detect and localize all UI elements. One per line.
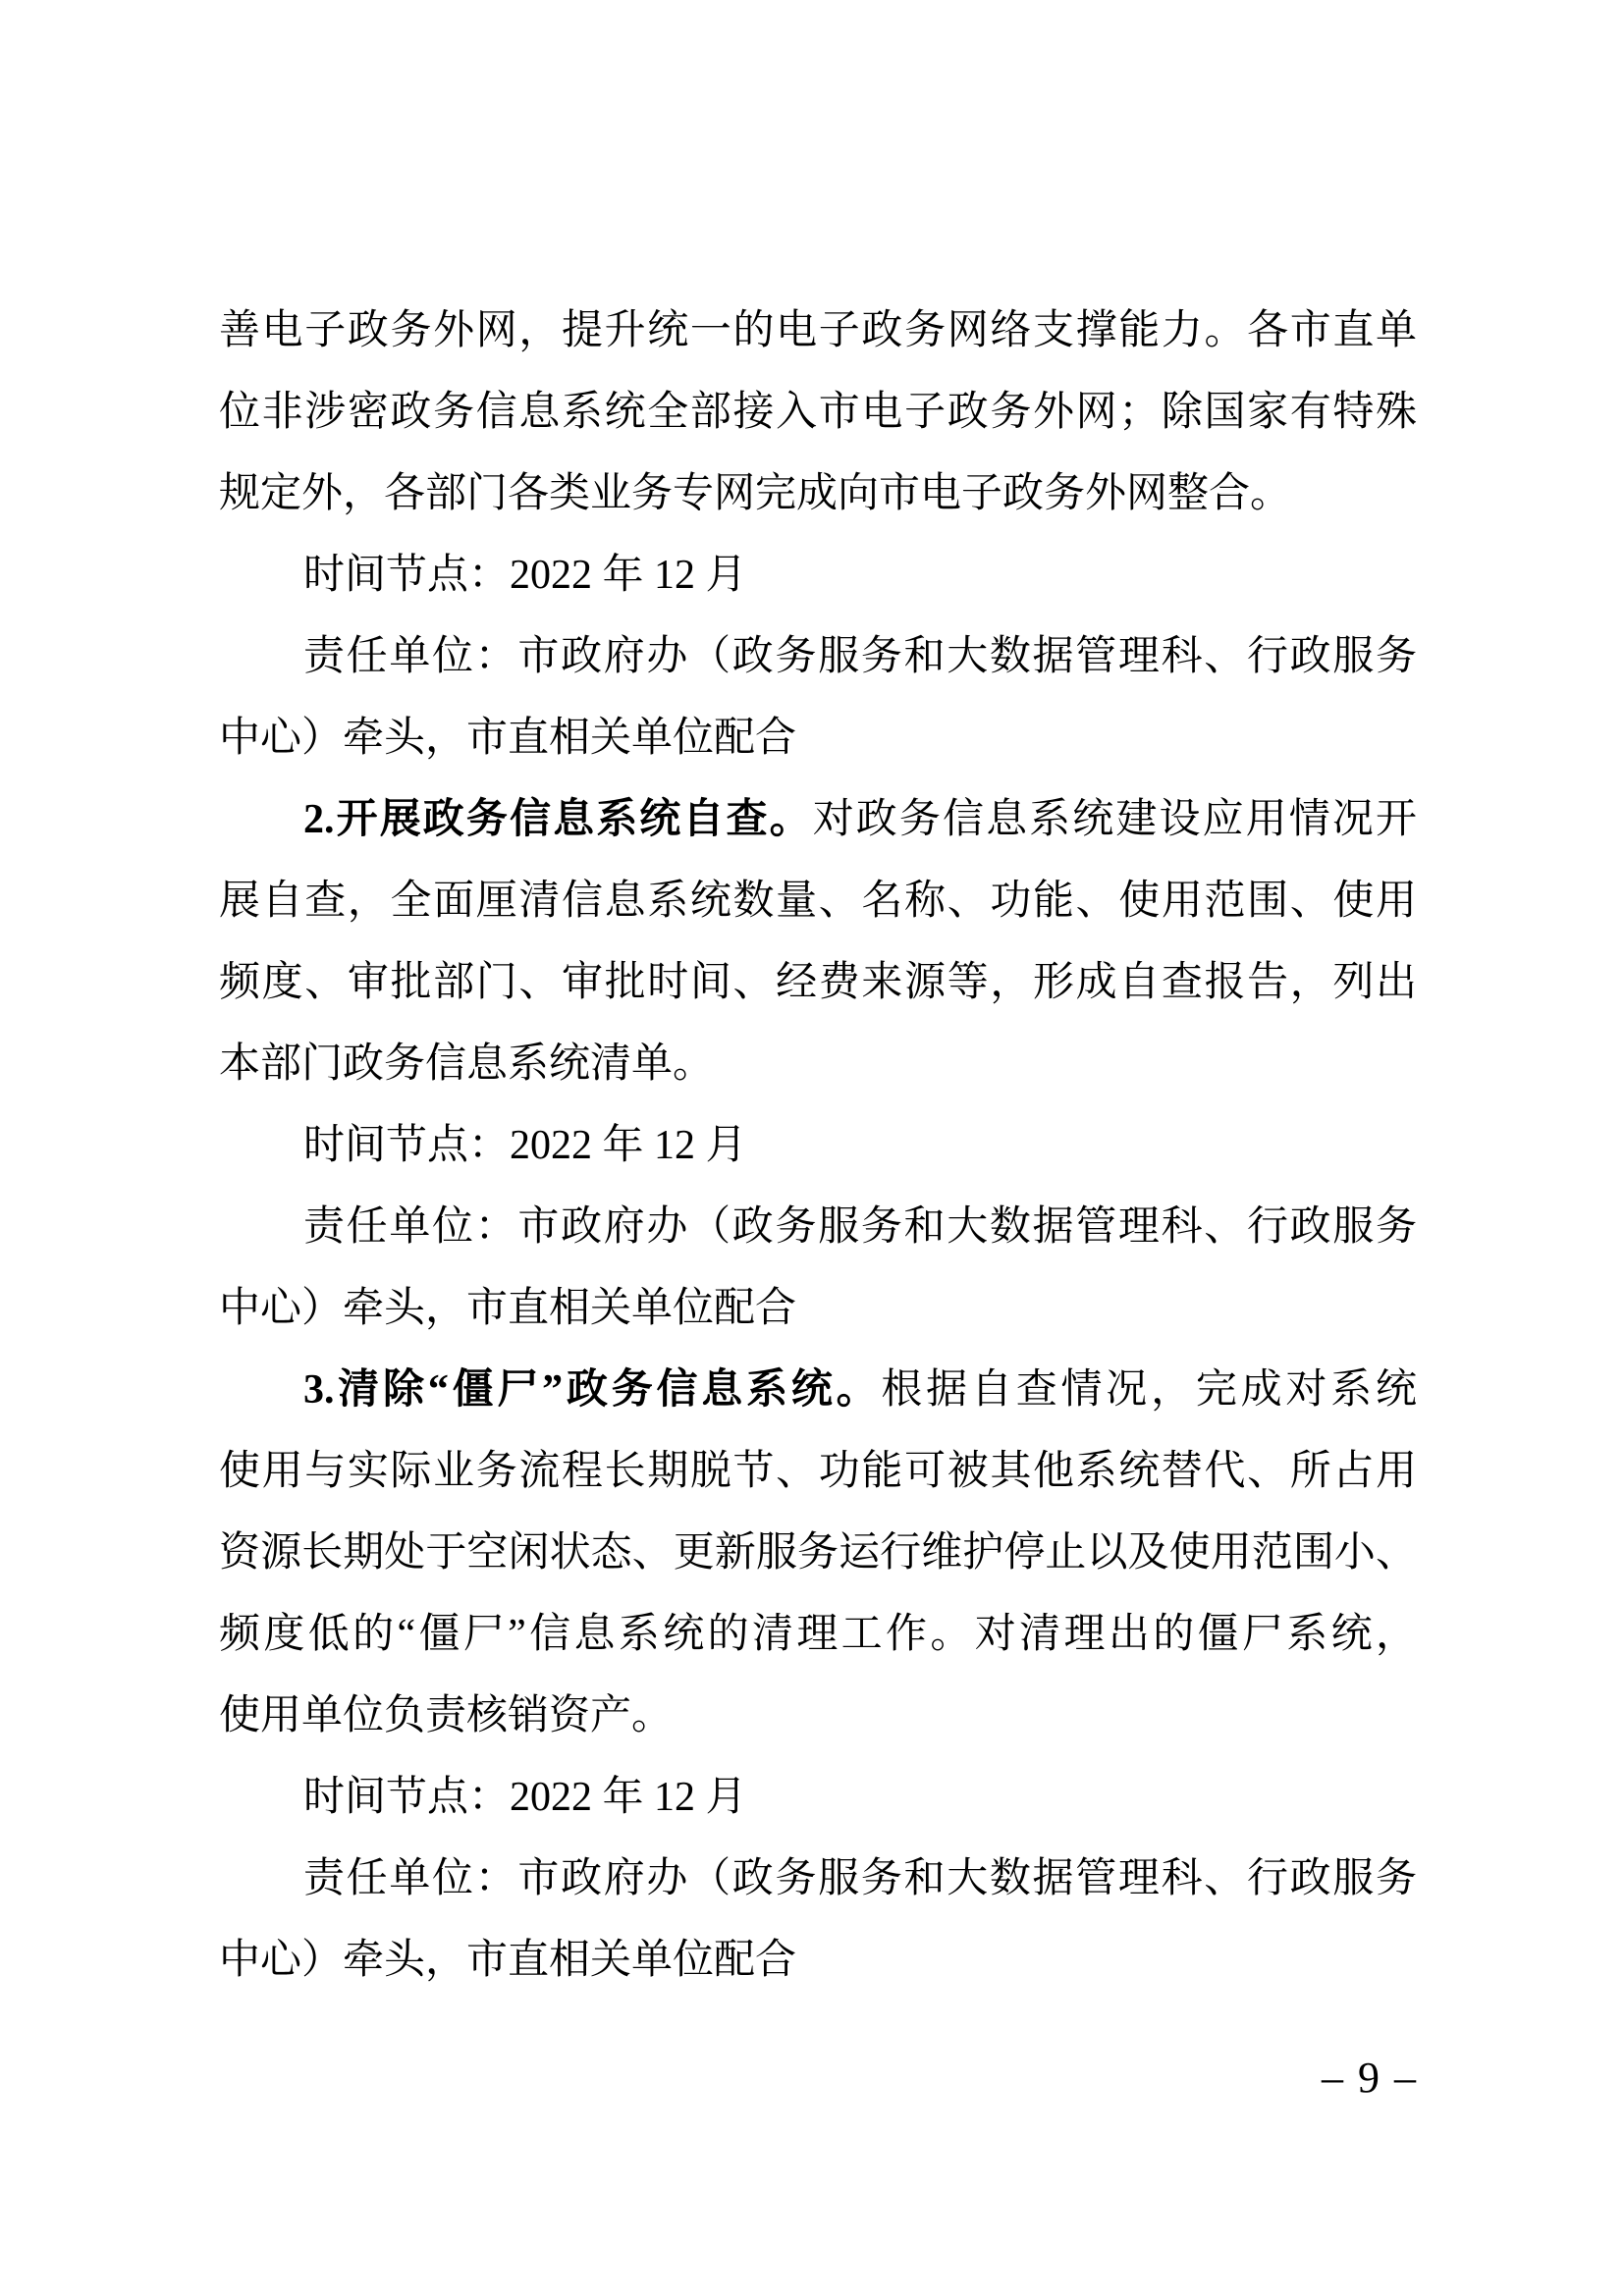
document-body: 善电子政务外网，提升统一的电子政务网络支撑能力。各市直单位非涉密政务信息系统全部… (219, 291, 1417, 2002)
text-run: 中心）牵头，市直相关单位配合 (219, 716, 796, 761)
bold-run: 3.清除“僵尸”政务信息系统。 (303, 1367, 881, 1413)
text-line: 资源长期处于空闲状态、更新服务运行维护停止以及使用范围小、 (219, 1513, 1417, 1594)
text-line: 时间节点：2022 年 12 月 (219, 535, 1417, 616)
text-line: 时间节点：2022 年 12 月 (219, 1105, 1417, 1187)
text-line: 展自查，全面厘清信息系统数量、名称、功能、使用范围、使用 (219, 861, 1417, 942)
text-run: 对政务信息系统建设应用情况开 (813, 797, 1417, 842)
text-run: 责任单位：市政府办（政务服务和大数据管理科、行政服务 (303, 1204, 1417, 1250)
text-run: 中心）牵头，市直相关单位配合 (219, 1938, 796, 1983)
text-run: 责任单位：市政府办（政务服务和大数据管理科、行政服务 (303, 1856, 1417, 1901)
text-run: 位非涉密政务信息系统全部接入市电子政务外网；除国家有特殊 (219, 390, 1417, 435)
bold-run: 2.开展政务信息系统自查。 (303, 797, 813, 842)
text-run: 根据自查情况，完成对系统 (881, 1367, 1417, 1413)
page-number: – 9 – (1322, 2056, 1418, 2100)
text-run: 展自查，全面厘清信息系统数量、名称、功能、使用范围、使用 (219, 879, 1417, 924)
text-line: 使用与实际业务流程长期脱节、功能可被其他系统替代、所占用 (219, 1431, 1417, 1513)
text-line: 位非涉密政务信息系统全部接入市电子政务外网；除国家有特殊 (219, 372, 1417, 454)
text-line: 本部门政务信息系统清单。 (219, 1024, 1417, 1105)
text-line: 使用单位负责核销资产。 (219, 1676, 1417, 1757)
text-line: 3.清除“僵尸”政务信息系统。根据自查情况，完成对系统 (219, 1350, 1417, 1431)
text-run: 本部门政务信息系统清单。 (219, 1041, 714, 1087)
text-run: 时间节点：2022 年 12 月 (303, 1775, 747, 1820)
text-line: 频度、审批部门、审批时间、经费来源等，形成自查报告，列出 (219, 942, 1417, 1024)
text-line: 频度低的“僵尸”信息系统的清理工作。对清理出的僵尸系统， (219, 1594, 1417, 1676)
text-run: 频度低的“僵尸”信息系统的清理工作。对清理出的僵尸系统， (219, 1612, 1417, 1657)
text-line: 善电子政务外网，提升统一的电子政务网络支撑能力。各市直单 (219, 291, 1417, 372)
text-run: 使用与实际业务流程长期脱节、功能可被其他系统替代、所占用 (219, 1449, 1417, 1494)
text-line: 责任单位：市政府办（政务服务和大数据管理科、行政服务 (219, 616, 1417, 698)
text-line: 中心）牵头，市直相关单位配合 (219, 1920, 1417, 2002)
text-run: 责任单位：市政府办（政务服务和大数据管理科、行政服务 (303, 634, 1417, 679)
text-run: 时间节点：2022 年 12 月 (303, 1123, 747, 1168)
text-run: 规定外，各部门各类业务专网完成向市电子政务外网整合。 (219, 471, 1291, 516)
text-run: 中心）牵头，市直相关单位配合 (219, 1286, 796, 1331)
text-run: 时间节点：2022 年 12 月 (303, 553, 747, 598)
text-line: 责任单位：市政府办（政务服务和大数据管理科、行政服务 (219, 1839, 1417, 1920)
document-page: 善电子政务外网，提升统一的电子政务网络支撑能力。各市直单位非涉密政务信息系统全部… (0, 0, 1624, 2296)
text-line: 中心）牵头，市直相关单位配合 (219, 698, 1417, 779)
text-run: 善电子政务外网，提升统一的电子政务网络支撑能力。各市直单 (219, 308, 1417, 353)
text-line: 2.开展政务信息系统自查。对政务信息系统建设应用情况开 (219, 779, 1417, 861)
text-run: 使用单位负责核销资产。 (219, 1693, 673, 1738)
text-line: 时间节点：2022 年 12 月 (219, 1757, 1417, 1839)
text-run: 资源长期处于空闲状态、更新服务运行维护停止以及使用范围小、 (219, 1530, 1417, 1575)
text-line: 中心）牵头，市直相关单位配合 (219, 1268, 1417, 1350)
text-line: 责任单位：市政府办（政务服务和大数据管理科、行政服务 (219, 1187, 1417, 1268)
text-line: 规定外，各部门各类业务专网完成向市电子政务外网整合。 (219, 454, 1417, 535)
text-run: 频度、审批部门、审批时间、经费来源等，形成自查报告，列出 (219, 960, 1417, 1005)
